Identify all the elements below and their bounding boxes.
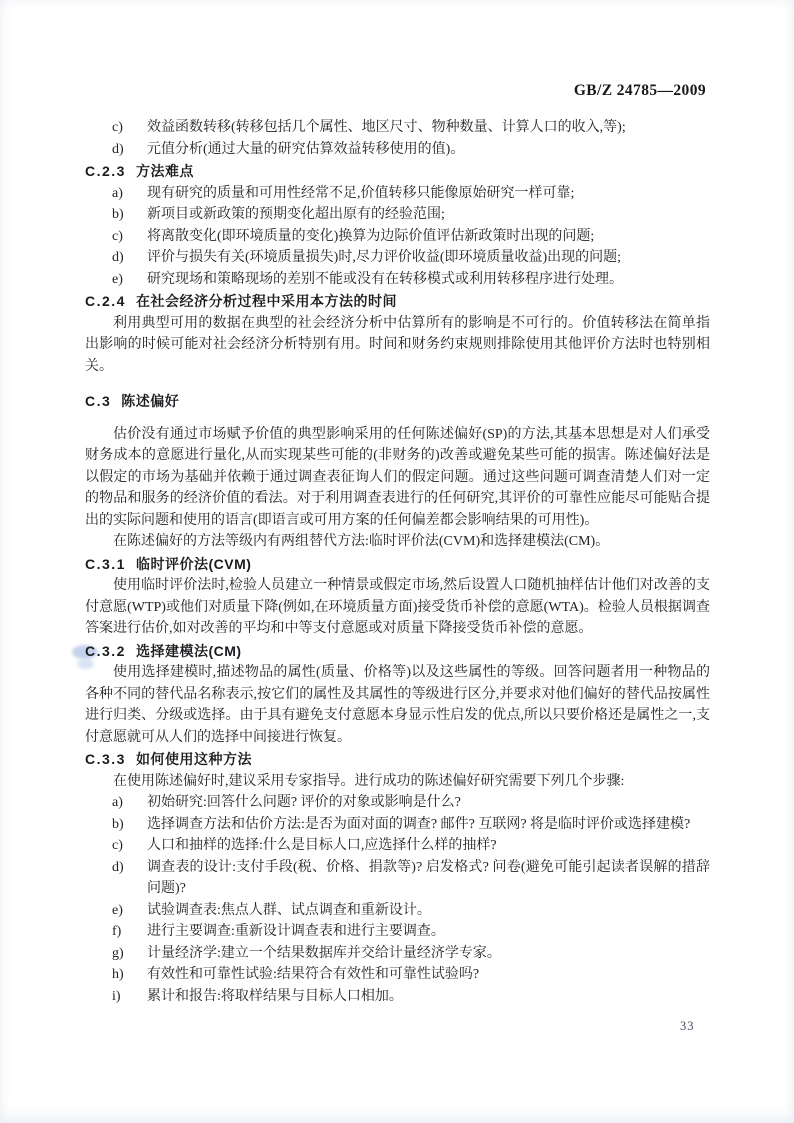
list-item-text: 研究现场和策略现场的差别不能或没有在转移模式或利用转移程序进行处理。 <box>147 272 623 287</box>
clause-title: 方法难点 <box>136 163 194 179</box>
list-item: f)进行主要调查:重新设计调查表和进行主要调查。 <box>85 921 710 943</box>
list-item-marker: d) <box>112 857 124 879</box>
list-item-text: 进行主要调查:重新设计调查表和进行主要调查。 <box>147 924 445 939</box>
list-item: d)元值分析(通过大量的研究估算效益转移使用的值)。 <box>85 139 710 161</box>
list-item-marker: i) <box>112 986 121 1008</box>
list-item-marker: b) <box>112 814 124 836</box>
list-item-marker: g) <box>112 943 124 965</box>
list-item: c)人口和抽样的选择:什么是目标人口,应选择什么样的抽样? <box>85 835 710 857</box>
list-item-text: 效益函数转移(转移包括几个属性、地区尺寸、物种数量、计算人口的收入,等); <box>147 120 626 135</box>
list-item: e)研究现场和策略现场的差别不能或没有在转移模式或利用转移程序进行处理。 <box>85 269 710 291</box>
clause-number: C.2.3 <box>85 163 126 179</box>
paragraph: 使用选择建模时,描述物品的属性(质量、价格等)以及这些属性的等级。回答问题者用一… <box>85 662 710 748</box>
clause-heading: C.2.4在社会经济分析过程中采用本方法的时间 <box>85 291 710 313</box>
list-item-text: 将离散变化(即环境质量的变化)换算为边际价值评估新政策时出现的问题; <box>147 229 594 244</box>
list-item-text: 人口和抽样的选择:什么是目标人口,应选择什么样的抽样? <box>147 838 497 853</box>
list-item-marker: d) <box>112 139 124 161</box>
list-item: c)效益函数转移(转移包括几个属性、地区尺寸、物种数量、计算人口的收入,等); <box>85 117 710 139</box>
list-item-marker: c) <box>112 835 123 857</box>
paragraph: 使用临时评价法时,检验人员建立一种情景或假定市场,然后设置人口随机抽样估计他们对… <box>85 575 710 640</box>
list-item-marker: f) <box>112 921 121 943</box>
list-item-marker: e) <box>112 269 123 291</box>
standard-code-header: GB/Z 24785—2009 <box>574 82 706 100</box>
list-item-text: 现有研究的质量和可用性经常不足,价值转移只能像原始研究一样可靠; <box>147 186 574 201</box>
list-item-text: 选择调查方法和估价方法:是否为面对面的调查? 邮件? 互联网? 将是临时评价或选… <box>147 817 690 832</box>
clause-heading: C.3.3如何使用这种方法 <box>85 749 710 771</box>
clause-heading: C.2.3方法难点 <box>85 161 710 183</box>
list-item-marker: h) <box>112 964 124 986</box>
list-item-marker: a) <box>112 792 123 814</box>
paragraph: 利用典型可用的数据在典型的社会经济分析中估算所有的影响是不可行的。价值转移法在简… <box>85 313 710 378</box>
list-item-text: 累计和报告:将取样结果与目标人口相加。 <box>147 989 403 1004</box>
clause-title: 如何使用这种方法 <box>136 751 252 767</box>
clause-number: C.3.1 <box>85 556 126 572</box>
list-item: c)将离散变化(即环境质量的变化)换算为边际价值评估新政策时出现的问题; <box>85 226 710 248</box>
list-item-marker: c) <box>112 117 123 139</box>
page-number: 33 <box>680 1019 695 1034</box>
clause-heading: C.3.2选择建模法(CM) <box>85 641 710 663</box>
clause-number: C.2.4 <box>85 293 126 309</box>
list-item-marker: a) <box>112 183 123 205</box>
list-item: i)累计和报告:将取样结果与目标人口相加。 <box>85 986 710 1008</box>
list-item-text: 计量经济学:建立一个结果数据库并交给计量经济学专家。 <box>147 946 501 961</box>
list-item-text: 新项目或新政策的预期变化超出原有的经验范围; <box>147 207 445 222</box>
clause-heading: C.3.1临时评价法(CVM) <box>85 554 710 576</box>
list-item: a)初始研究:回答什么问题? 评价的对象或影响是什么? <box>85 792 710 814</box>
clause-title: 选择建模法(CM) <box>136 643 242 659</box>
list-item-text: 有效性和可靠性试验:结果符合有效性和可靠性试验吗? <box>147 967 479 982</box>
list-item-marker: d) <box>112 247 124 269</box>
list-item: h)有效性和可靠性试验:结果符合有效性和可靠性试验吗? <box>85 964 710 986</box>
clause-title: 临时评价法(CVM) <box>136 556 251 572</box>
section-heading: C.3陈述偏好 <box>85 391 710 413</box>
clause-title: 在社会经济分析过程中采用本方法的时间 <box>136 293 397 309</box>
list-item-text: 试验调查表:焦点人群、试点调查和重新设计。 <box>147 903 431 918</box>
list-item-marker: b) <box>112 204 124 226</box>
list-item: b)选择调查方法和估价方法:是否为面对面的调查? 邮件? 互联网? 将是临时评价… <box>85 814 710 836</box>
list-item-marker: e) <box>112 900 123 922</box>
paragraph: 估价没有通过市场赋予价值的典型影响采用的任何陈述偏好(SP)的方法,其基本思想是… <box>85 424 710 532</box>
clause-title: 陈述偏好 <box>121 393 179 409</box>
list-item: e)试验调查表:焦点人群、试点调查和重新设计。 <box>85 900 710 922</box>
list-item-text: 初始研究:回答什么问题? 评价的对象或影响是什么? <box>147 795 461 810</box>
list-item: a)现有研究的质量和可用性经常不足,价值转移只能像原始研究一样可靠; <box>85 183 710 205</box>
clause-number: C.3.2 <box>85 643 126 659</box>
paragraph: 在使用陈述偏好时,建议采用专家指导。进行成功的陈述偏好研究需要下列几个步骤: <box>85 771 710 793</box>
clause-number: C.3 <box>85 393 111 409</box>
list-item: b)新项目或新政策的预期变化超出原有的经验范围; <box>85 204 710 226</box>
clause-number: C.3.3 <box>85 751 126 767</box>
list-item-text: 调查表的设计:支付手段(税、价格、捐款等)? 启发格式? 问卷(避免可能引起读者… <box>147 860 710 897</box>
list-item-text: 评价与损失有关(环境质量损失)时,尽力评价收益(即环境质量收益)出现的问题; <box>147 250 621 265</box>
document-page: GB/Z 24785—2009 c)效益函数转移(转移包括几个属性、地区尺寸、物… <box>0 0 794 1123</box>
list-item-text: 元值分析(通过大量的研究估算效益转移使用的值)。 <box>147 142 464 157</box>
list-item: d)调查表的设计:支付手段(税、价格、捐款等)? 启发格式? 问卷(避免可能引起… <box>85 857 710 900</box>
list-item: g)计量经济学:建立一个结果数据库并交给计量经济学专家。 <box>85 943 710 965</box>
paragraph: 在陈述偏好的方法等级内有两组替代方法:临时评价法(CVM)和选择建模法(CM)。 <box>85 531 710 553</box>
list-item: d)评价与损失有关(环境质量损失)时,尽力评价收益(即环境质量收益)出现的问题; <box>85 247 710 269</box>
list-item-marker: c) <box>112 226 123 248</box>
content-column: c)效益函数转移(转移包括几个属性、地区尺寸、物种数量、计算人口的收入,等);d… <box>85 117 710 1007</box>
